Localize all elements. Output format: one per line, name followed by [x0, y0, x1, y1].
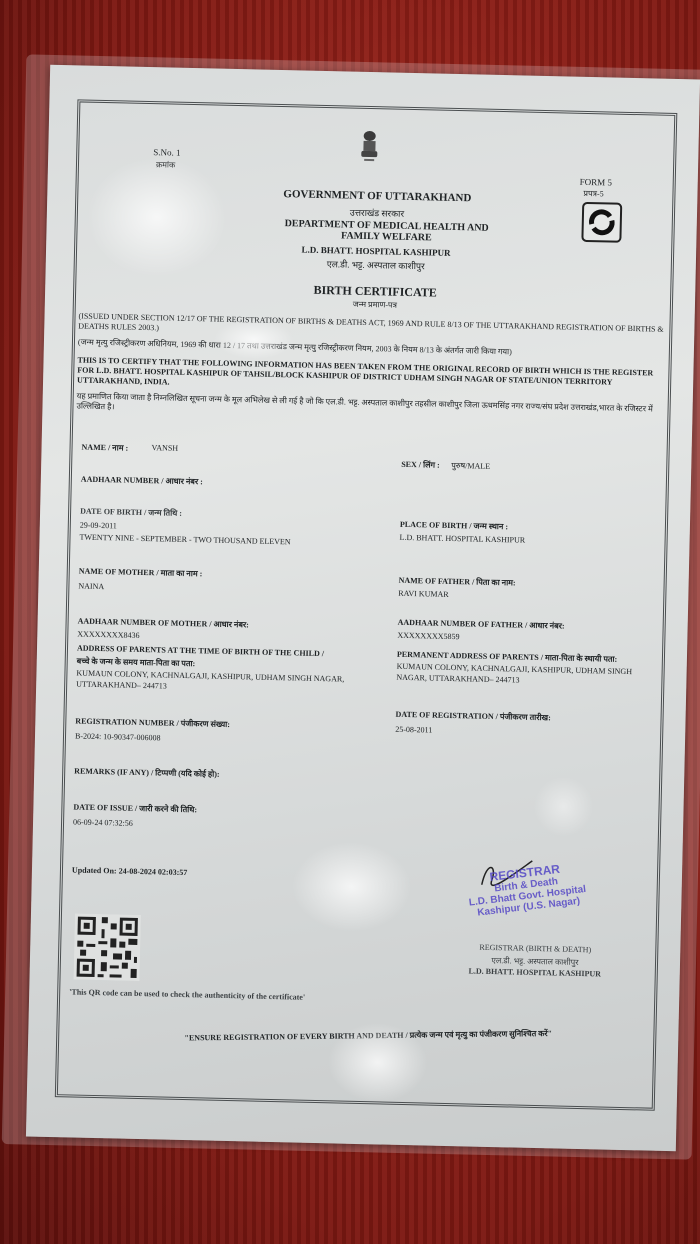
father-aadhaar-value: XXXXXXXX5859 [397, 631, 459, 641]
mother-name-value: NAINA [78, 582, 104, 592]
qr-code[interactable] [73, 914, 140, 981]
sex-label: SEX / लिंग : [401, 459, 440, 471]
national-emblem-icon [358, 130, 381, 164]
dob-value: 29-09-2011 [80, 521, 117, 531]
birth-certificate: S.No. 1 क्रमांक GOVERNMENT OF UTTARAKHAN… [26, 65, 700, 1151]
serial-number-hi: क्रमांक [156, 159, 175, 170]
name-value: VANSH [151, 443, 178, 453]
form-number: FORM 5 [580, 177, 612, 188]
sex-value: पुरुष/MALE [451, 460, 490, 472]
form-number-hi: प्रपत्र-5 [583, 188, 603, 199]
health-dept-logo-icon [581, 202, 622, 243]
issue-date-value: 06-09-24 07:32:56 [73, 817, 133, 827]
father-name-value: RAVI KUMAR [398, 589, 449, 599]
name-label: NAME / नाम : [81, 442, 128, 454]
serial-number: S.No. 1 [153, 147, 180, 158]
registration-date-value: 25-08-2011 [395, 725, 432, 735]
registration-number-value: B-2024: 10-90347-006008 [75, 732, 161, 743]
mother-aadhaar-value: XXXXXXXX8436 [77, 630, 139, 640]
dob-label: DATE OF BIRTH / जन्म तिथि : [80, 506, 182, 519]
